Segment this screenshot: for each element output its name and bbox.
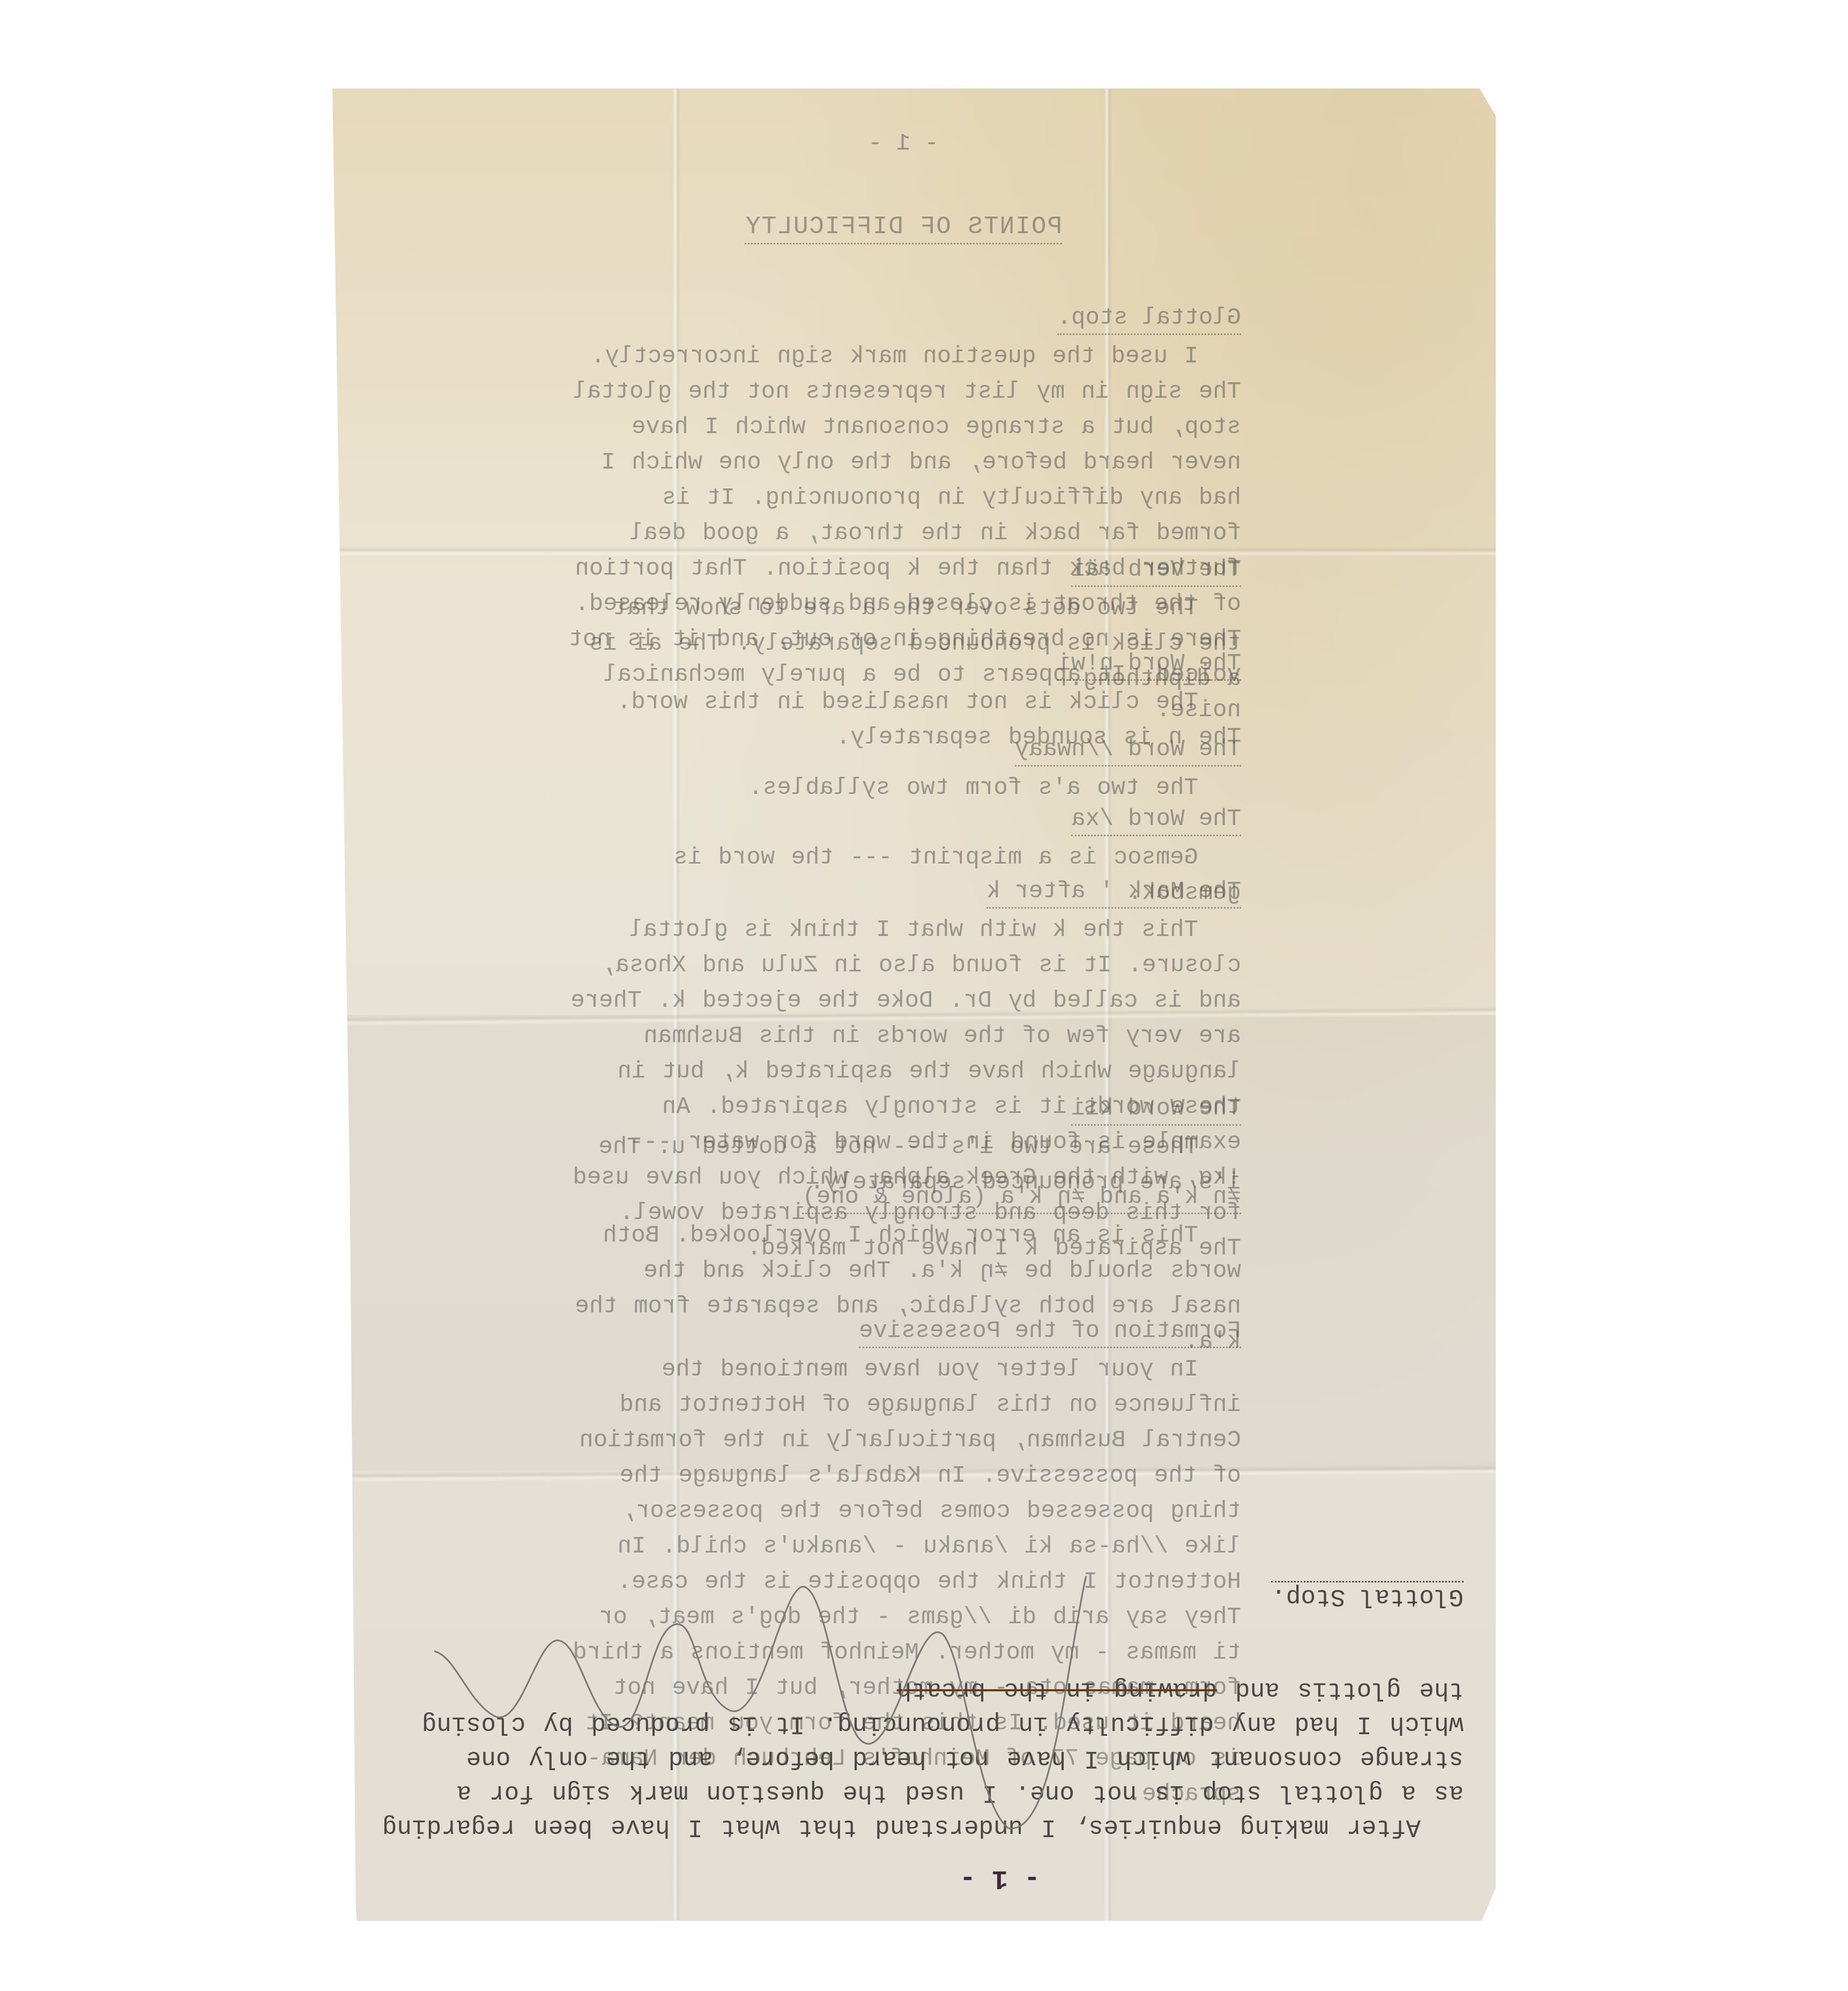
page-number-bottom: - 1 - bbox=[960, 1863, 1040, 1893]
page-number-top: - 1 - bbox=[566, 126, 1241, 161]
section-heading: The Verb !äi bbox=[1071, 554, 1241, 587]
section-heading: The Mark ' after k bbox=[986, 876, 1241, 909]
section-heading: The Word kii bbox=[1071, 1093, 1241, 1126]
upside-down-heading: Glottal Stop. bbox=[1271, 1579, 1464, 1614]
section-heading: ≠n k'a and ≠ŋ k'a (alone & one) bbox=[802, 1182, 1241, 1214]
heading-text: Glottal Stop. bbox=[1271, 1581, 1464, 1610]
title-text: POINTS OF DIFFICULTY bbox=[745, 213, 1062, 244]
section-body: The two a's form two syllables. bbox=[566, 770, 1241, 806]
upside-down-body: After making enquiries, I understand tha… bbox=[375, 1673, 1464, 1844]
showthrough-text-mirrored: - 1 - POINTS OF DIFFICULTY Glottal stop.… bbox=[343, 88, 1485, 1536]
section-heading: The Word //nwaay bbox=[1015, 734, 1241, 767]
section-heading: The Word n!wi bbox=[1057, 648, 1241, 681]
page-title: POINTS OF DIFFICULTY bbox=[566, 209, 1241, 244]
upside-down-typed-block: After making enquiries, I understand tha… bbox=[375, 1544, 1464, 1844]
struck-through-text: drawing in the breath bbox=[897, 1676, 1218, 1704]
section-heading: The Word /xa bbox=[1071, 804, 1241, 836]
section-heading: Formation of the Possessive bbox=[859, 1316, 1241, 1348]
document-scan: - 1 - POINTS OF DIFFICULTY Glottal stop.… bbox=[0, 0, 1848, 1991]
section-word-nwaay: The Word //nwaay The two a's form two sy… bbox=[566, 732, 1241, 806]
section-heading: Glottal stop. bbox=[1057, 302, 1241, 335]
